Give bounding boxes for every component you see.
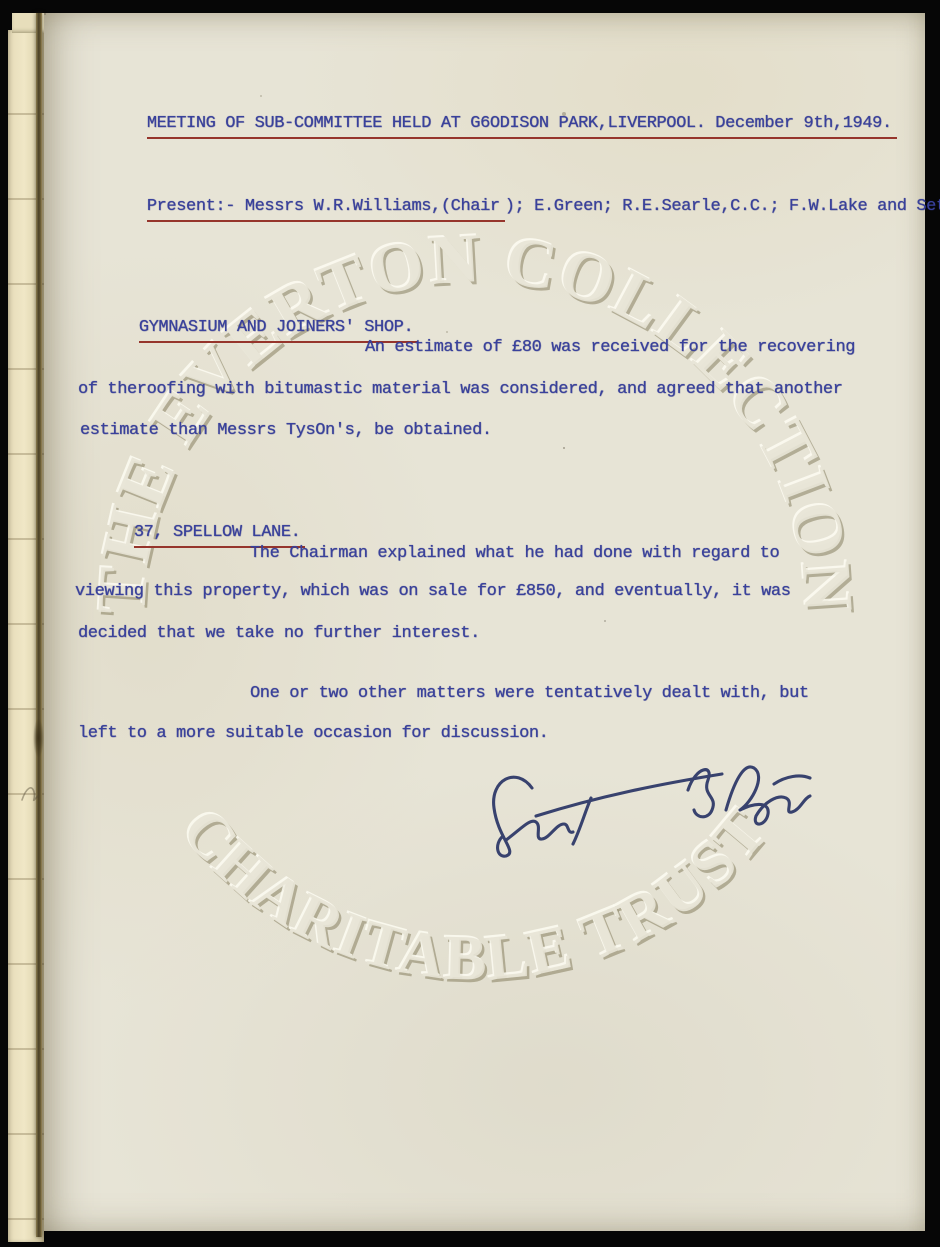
title-underline: MEETING OF SUB-COMMITTEE HELD AT G6ODISO… xyxy=(147,114,897,139)
typed-line: of theroofing with bitumastic material w… xyxy=(78,380,843,400)
document-title: MEETING OF SUB-COMMITTEE HELD AT G6ODISO… xyxy=(88,94,897,154)
typed-line: decided that we take no further interest… xyxy=(78,624,480,644)
attendees-rest: ); E.Green; R.E.Searle,C.C.; F.W.Lake an… xyxy=(505,197,940,216)
attendees-underlined: Present:- Messrs W.R.Williams,(Chair xyxy=(147,197,505,222)
scanned-minutes-page: THE EVERTON COLLECTION CHARITABLE TRUST … xyxy=(0,0,940,1247)
binding-crease xyxy=(36,13,42,1237)
typed-line: One or two other matters were tentativel… xyxy=(250,684,809,704)
attendees-line: Present:- Messrs W.R.Williams,(Chair); E… xyxy=(88,177,940,237)
typed-line: left to a more suitable occasion for dis… xyxy=(78,724,548,744)
signature-cecil-baxter xyxy=(470,748,820,863)
binding-knot xyxy=(33,718,44,758)
typed-line: The Chairman explained what he had done … xyxy=(250,544,779,564)
typed-line: viewing this property, which was on sale… xyxy=(75,582,791,602)
typed-line: An estimate of £80 was received for the … xyxy=(365,338,855,358)
paper-specks xyxy=(44,13,46,15)
typed-line: estimate than Messrs TysOn's, be obtaine… xyxy=(80,421,492,441)
signature-strokes xyxy=(470,748,820,863)
document-page: THE EVERTON COLLECTION CHARITABLE TRUST … xyxy=(44,13,925,1231)
